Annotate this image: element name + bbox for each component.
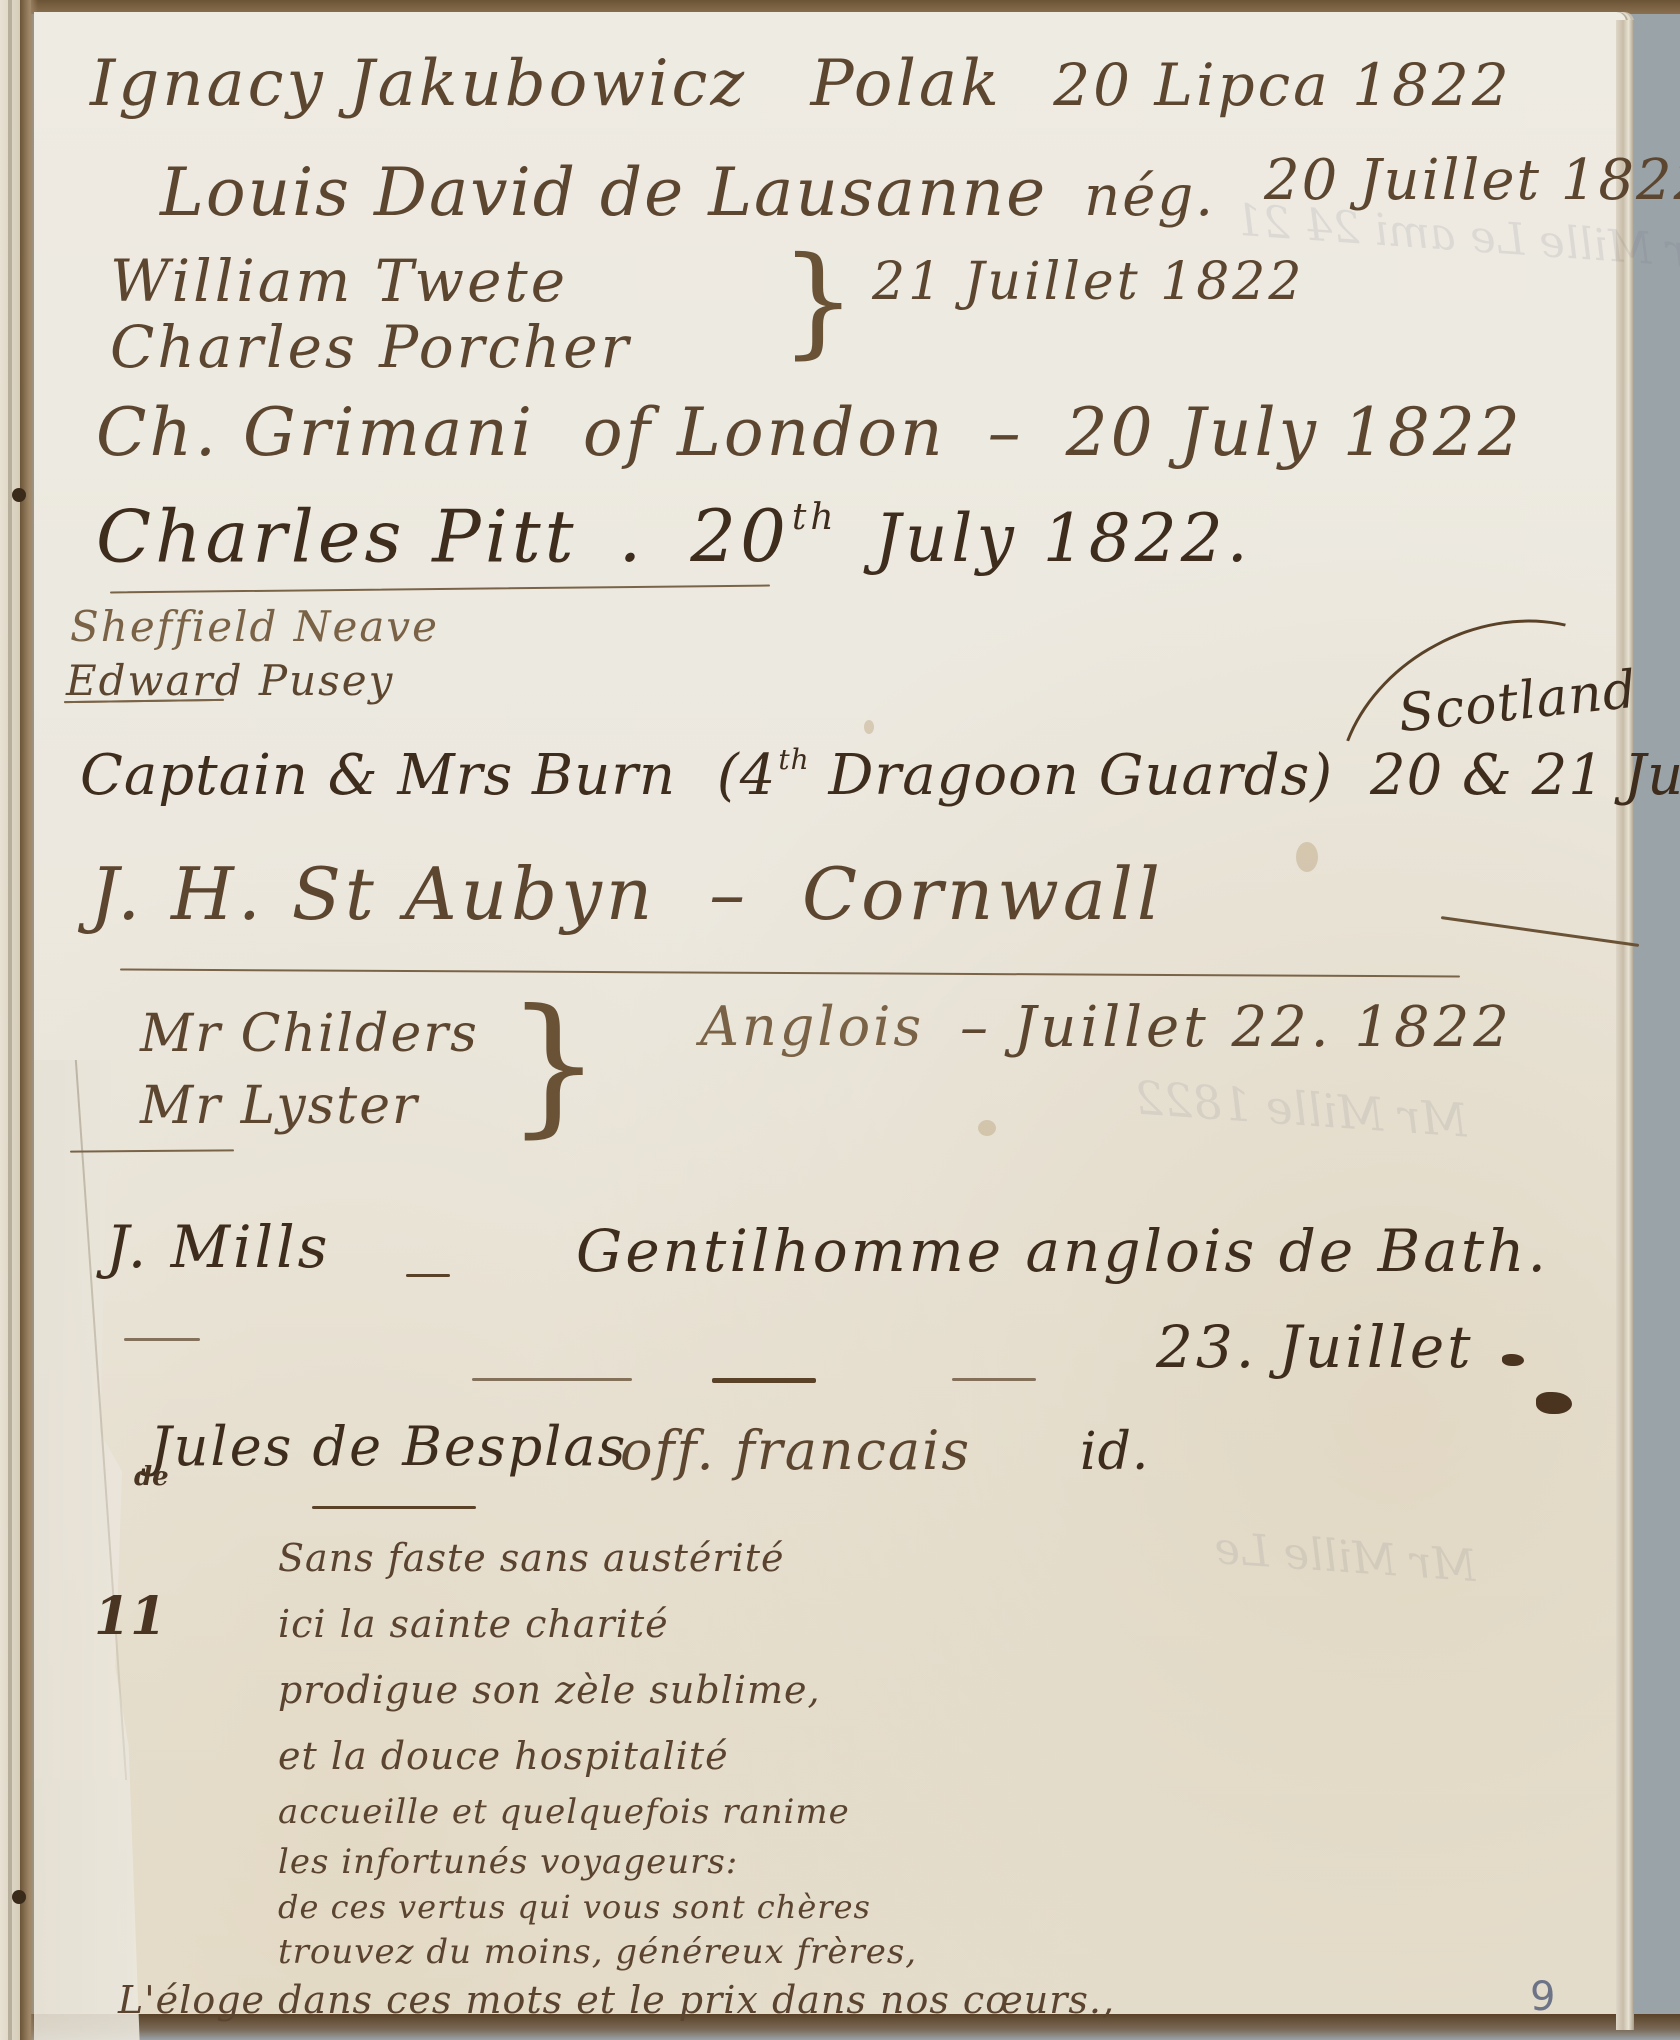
ink-blot [1502,1354,1524,1366]
separator-dash [406,1274,450,1277]
entry-date: 20 July 1822 [1066,394,1523,471]
entry-name: Ignacy Jakubowicz [90,47,747,121]
entry-origin: of London [583,394,946,471]
entry-date: 23. Juillet [1156,1318,1474,1376]
entry-name: William Twete [110,252,568,310]
margin-fragment: de [134,1462,169,1492]
separator-dash: – [960,995,1014,1060]
bracket: } [506,990,601,1140]
ink-stain [1296,842,1318,872]
entry-charles-pitt: Charles Pitt . 20th July 1822. [96,500,1252,572]
entry-date: – Juillet 22. 1822 [960,1000,1513,1056]
entry-name: Louis David de Lausanne [160,154,1047,231]
verse-line: Sans faste sans austérité [278,1536,784,1580]
entry-name: Mr Childers [140,1008,479,1060]
page-edge-stack [1616,20,1634,2030]
separator-dash [472,1378,632,1381]
ink-stain [978,1120,996,1136]
entry-name: Sheffield Neave [70,606,439,648]
bleed-through-text: Mr Mille Le [1213,1523,1479,1592]
separator-dash [124,1338,200,1341]
entry-name: J. H. St Aubyn [90,852,656,936]
bracket: } [780,242,856,362]
entry-name: Edward Pusey [66,660,394,702]
entry-grimani: Ch. Grimani of London – 20 July 1822 [96,400,1523,466]
entry-name: J. Mills [106,1218,330,1276]
verse-line: trouvez du moins, généreux frères, [278,1932,917,1972]
entry-name: Charles Porcher [110,318,631,376]
verse-line: prodigue son zèle sublime, [278,1668,821,1712]
verse-line: de ces vertus qui vous sont chères [278,1888,871,1926]
binding-hole [12,488,26,502]
entry-date: July 1822. [874,500,1251,577]
verse-line: ici la sainte charité [278,1602,669,1646]
entry-origin: off. francais [620,1424,971,1478]
separator-dash: – [709,852,749,936]
verse-line: et la douce hospitalité [278,1734,729,1778]
entry-origin: Gentilhomme anglois de Bath. [576,1222,1549,1280]
entry-date-day: 20 [690,494,790,578]
entry-ignacy-jakubowicz: Ignacy Jakubowicz Polak 20 Lipca 1822 [90,52,1512,116]
page-number: 9 [1530,1974,1555,2020]
entry-origin: Anglois [700,1000,924,1054]
binding-thread [8,0,12,2040]
entry-louis-david: Louis David de Lausanne nég. 20 Juillet … [160,160,1680,226]
manuscript-scan: Mr Mille Le ami 24 21 Mr Mille 1822 Mr M… [0,0,1680,2040]
entry-name: Ch. Grimani [96,394,535,471]
entry-regiment: (4th Dragoon Guards) [717,743,1333,808]
separator-dash [712,1378,816,1383]
entry-origin: Polak [810,47,1001,121]
verse-line: L'éloge dans ces mots et le prix dans no… [118,1978,1115,2022]
underline-rule [312,1506,476,1509]
entry-date-suffix: th [792,497,838,538]
entry-date: 20 Juillet 1822 [1264,148,1680,213]
entry-st-aubyn: J. H. St Aubyn – Cornwall [90,858,1164,930]
verse-line: les infortunés voyageurs: [278,1842,738,1882]
entry-origin: Cornwall [802,852,1164,936]
ink-stain [864,720,874,734]
bleed-through-text: Mr Mille 1822 [1133,1070,1470,1147]
entry-name: Mr Lyster [140,1080,419,1132]
margin-mark: 11 [94,1586,166,1647]
entry-date: 21 Juillet 1822 [872,256,1304,308]
separator-dash: – [988,394,1024,471]
ink-blot [1536,1392,1572,1414]
separator-dash [952,1378,1036,1381]
entry-name: Captain & Mrs Burn [80,743,676,808]
entry-date: 20 Lipca 1822 [1053,51,1512,119]
verse-line: accueille et quelquefois ranime [278,1792,850,1832]
binding-hole [12,1890,26,1904]
entry-date: id. [1080,1426,1149,1478]
entry-name: Charles Pitt [96,494,578,578]
period: . [619,494,646,578]
entry-origin: nég. [1084,164,1215,229]
entry-name: Jules de Besplas [150,1420,627,1474]
